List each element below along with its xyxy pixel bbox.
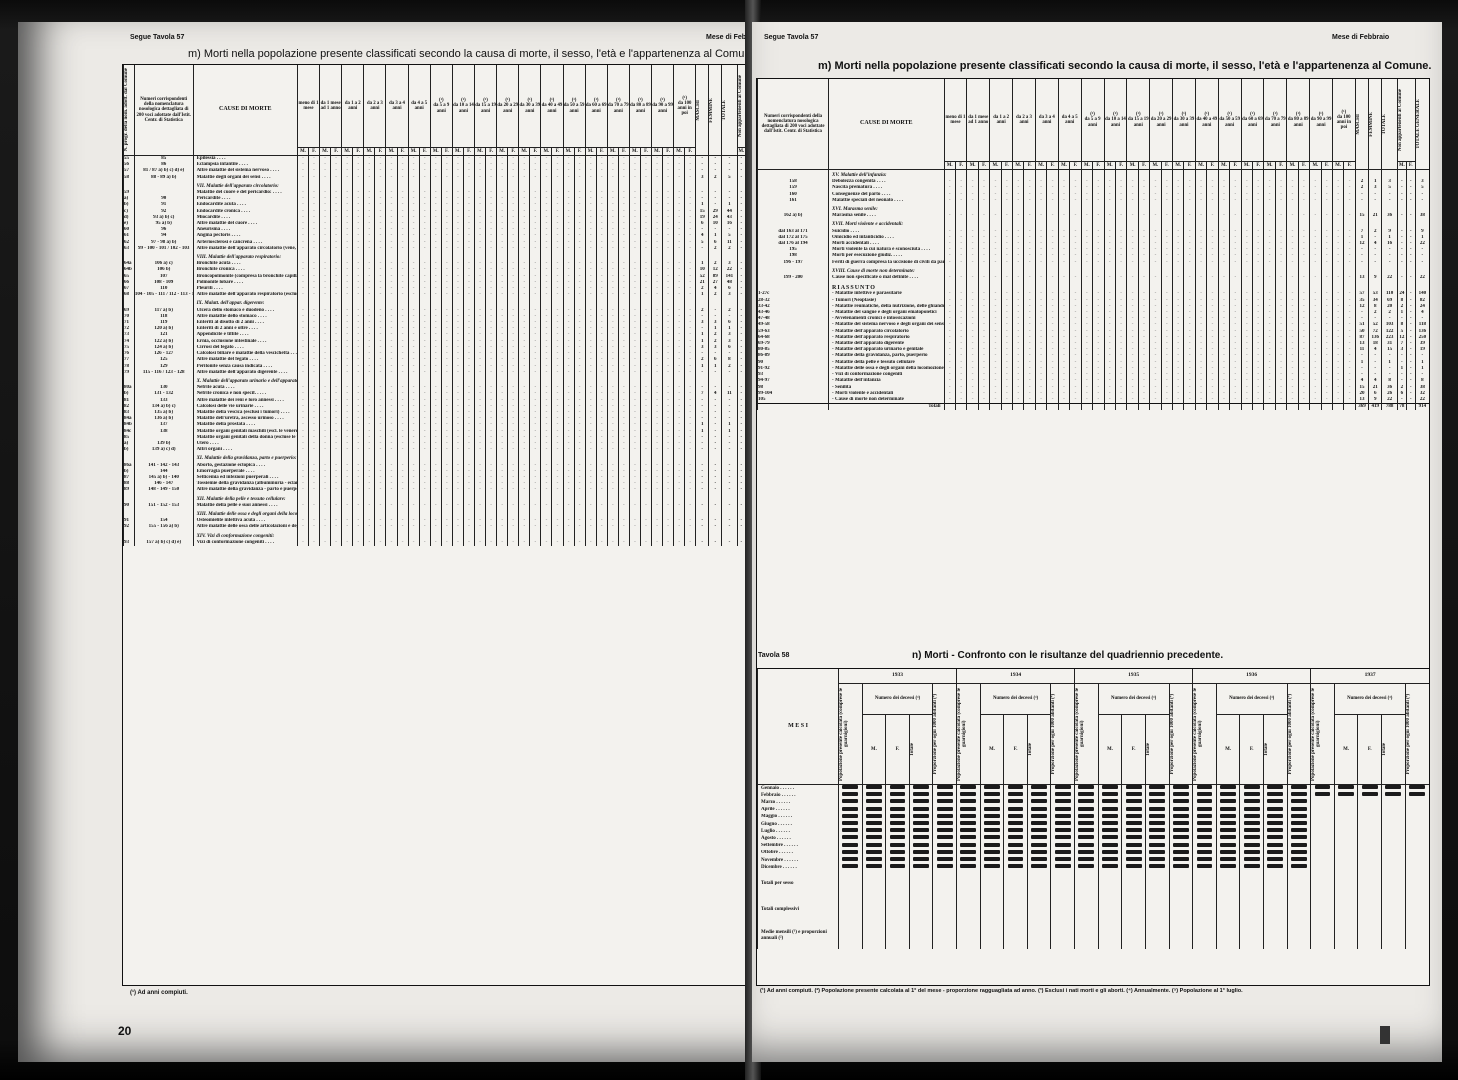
t58-footer-cell bbox=[1075, 871, 1099, 897]
empty-cell bbox=[497, 376, 508, 385]
t58-footer-cell bbox=[933, 871, 957, 897]
t58-illegible-value bbox=[1055, 850, 1071, 854]
t58-value-cell bbox=[1027, 799, 1051, 806]
empty-cell bbox=[967, 281, 978, 291]
t58-illegible-value bbox=[1149, 814, 1165, 818]
empty-cell bbox=[978, 170, 989, 180]
header-age-group: (¹)da 20 a 29 anni bbox=[497, 65, 519, 147]
t58-illegible-value bbox=[1149, 792, 1165, 796]
header-age-group: meno di 1 mese bbox=[297, 65, 319, 147]
t58-value-cell bbox=[1169, 835, 1193, 842]
empty-cell bbox=[486, 531, 497, 540]
empty-cell bbox=[674, 531, 685, 540]
empty-cell bbox=[408, 252, 419, 261]
empty-cell bbox=[1287, 219, 1298, 228]
t58-value-cell bbox=[1169, 799, 1193, 806]
t58-month-row: Giugno . . . . . . bbox=[758, 821, 1430, 828]
t58-value-cell bbox=[1051, 843, 1075, 850]
t58-footer-cell bbox=[1334, 897, 1358, 923]
t58-footer-cell bbox=[1122, 923, 1146, 949]
empty-cell bbox=[674, 376, 685, 385]
age-group-label: da 4 a 5 anni bbox=[1059, 115, 1081, 125]
header-age-group: da 1 mese ad 1 anno bbox=[967, 79, 990, 161]
t58-value-cell bbox=[1051, 828, 1075, 835]
maschi-cell: - bbox=[696, 540, 709, 546]
age-cell: - bbox=[508, 156, 519, 163]
t58-footer-cell bbox=[909, 871, 933, 897]
t58-value-cell bbox=[1216, 857, 1240, 864]
t58-illegible-value bbox=[1291, 835, 1307, 839]
empty-cell bbox=[397, 509, 408, 518]
t58-illegible-value bbox=[1031, 864, 1047, 868]
t58-illegible-value bbox=[1008, 792, 1024, 796]
t58-illegible-value bbox=[1055, 857, 1071, 861]
age-group-label: da 20 a 29 anni bbox=[1150, 117, 1172, 127]
empty-cell bbox=[419, 298, 430, 307]
empty-cell bbox=[419, 376, 430, 385]
age-cell: - bbox=[1298, 397, 1309, 404]
section-row: IX. Malatt. dell'appar. digerente: bbox=[124, 298, 756, 307]
right-mortality-table: Numeri corrispondenti della nomenclatura… bbox=[757, 79, 1429, 410]
t58-footer-cell bbox=[1382, 897, 1406, 923]
empty-cell bbox=[297, 509, 308, 518]
tavola58-table: M E S I19331934193519361937Popolazione p… bbox=[757, 669, 1429, 949]
empty-cell bbox=[1218, 281, 1229, 291]
empty-cell bbox=[944, 266, 955, 275]
empty-cell bbox=[1415, 281, 1429, 291]
header-sex-m: M. bbox=[430, 147, 441, 155]
empty-cell bbox=[297, 376, 308, 385]
header-sex-f: F. bbox=[1321, 161, 1332, 169]
t58-value-cell bbox=[1169, 843, 1193, 850]
t58-illegible-value bbox=[1338, 785, 1354, 789]
t58-illegible-value bbox=[890, 821, 906, 825]
t58-illegible-value bbox=[1173, 785, 1189, 789]
t58-illegible-value bbox=[1055, 785, 1071, 789]
t58-value-cell bbox=[1098, 835, 1122, 842]
t58-value-cell bbox=[1145, 792, 1169, 799]
age-cell: - bbox=[1241, 397, 1252, 404]
section-title: VIII. Malattie dell'apparato respiratori… bbox=[193, 252, 297, 261]
empty-cell bbox=[607, 453, 618, 462]
header-femmine-label: FEMMINE bbox=[1369, 112, 1374, 137]
empty-cell bbox=[1369, 170, 1382, 180]
section-row: XVIII. Cause di morte non determinate: bbox=[758, 266, 1430, 275]
empty-cell bbox=[541, 181, 552, 190]
t58-f: F. bbox=[886, 714, 910, 784]
empty-cell bbox=[452, 494, 463, 503]
t58-value-cell bbox=[1287, 821, 1311, 828]
empty-cell bbox=[419, 509, 430, 518]
t58-illegible-value bbox=[866, 807, 882, 811]
t58-illegible-value bbox=[1220, 864, 1236, 868]
empty-cell bbox=[563, 531, 574, 540]
header-sex-m: M. bbox=[297, 147, 308, 155]
t58-illegible-value bbox=[1362, 828, 1378, 832]
t58-value-cell bbox=[909, 821, 933, 828]
t58-illegible-value bbox=[1031, 857, 1047, 861]
empty-cell bbox=[552, 453, 563, 462]
empty-cell bbox=[944, 170, 955, 180]
t58-illegible-value bbox=[1008, 807, 1024, 811]
riassunto-row: 105- Cause di morte non determinate-----… bbox=[758, 397, 1430, 404]
age-total-cell bbox=[1344, 404, 1355, 411]
t58-value-cell bbox=[909, 785, 933, 793]
empty-cell bbox=[685, 298, 696, 307]
header-non-appartenenti: Non appartenenti al Comune bbox=[1397, 79, 1415, 161]
t58-illegible-value bbox=[1291, 785, 1307, 789]
t58-value-cell bbox=[1358, 799, 1382, 806]
header-sex-f: F. bbox=[441, 147, 452, 155]
empty-cell bbox=[1115, 204, 1126, 213]
empty-cell bbox=[342, 509, 353, 518]
empty-cell bbox=[1241, 219, 1252, 228]
empty-cell bbox=[1252, 219, 1263, 228]
empty-cell bbox=[441, 181, 452, 190]
t58-value-cell bbox=[1311, 850, 1335, 857]
t58-value-cell bbox=[1405, 843, 1429, 850]
age-total-cell bbox=[1321, 404, 1332, 411]
t58-value-cell bbox=[1405, 864, 1429, 871]
empty-cell bbox=[563, 252, 574, 261]
t58-value-cell bbox=[1334, 843, 1358, 850]
empty-cell bbox=[640, 453, 651, 462]
t58-illegible-value bbox=[1362, 835, 1378, 839]
age-cell: - bbox=[552, 540, 563, 546]
empty-cell bbox=[574, 376, 585, 385]
section-row: X. Malattie dell'apparato urinario e del… bbox=[124, 376, 756, 385]
t58-illegible-value bbox=[1031, 807, 1047, 811]
empty-cell bbox=[552, 376, 563, 385]
t58-value-cell bbox=[909, 850, 933, 857]
t58-illegible-value bbox=[1078, 857, 1094, 861]
empty-cell bbox=[1173, 266, 1184, 275]
prog-cell bbox=[124, 531, 135, 540]
empty-cell bbox=[629, 531, 640, 540]
t58-value-cell bbox=[862, 835, 886, 842]
header-sex-m: M. bbox=[1058, 161, 1069, 169]
age-group-label: da 15 a 19 anni bbox=[1127, 117, 1149, 127]
t58-value-cell bbox=[1240, 828, 1264, 835]
t58-value-cell bbox=[1263, 864, 1287, 871]
t58-illegible-value bbox=[1338, 850, 1354, 854]
age-cell: - bbox=[386, 540, 397, 546]
age-cell: - bbox=[297, 540, 308, 546]
t58-value-cell bbox=[1382, 785, 1406, 793]
header-age-group: (¹)da 15 a 19 anni bbox=[475, 65, 497, 147]
empty-cell bbox=[607, 509, 618, 518]
empty-cell bbox=[541, 376, 552, 385]
t58-value-cell bbox=[839, 821, 863, 828]
t58-illegible-value bbox=[1126, 814, 1142, 818]
nom-cell bbox=[758, 266, 829, 275]
t58-illegible-value bbox=[1220, 843, 1236, 847]
t58-illegible-value bbox=[1197, 835, 1213, 839]
t58-illegible-value bbox=[984, 843, 1000, 847]
t58-illegible-value bbox=[1338, 857, 1354, 861]
empty-cell bbox=[722, 509, 737, 518]
header-sex-f: F. bbox=[1298, 161, 1309, 169]
prog-cell: 93 bbox=[124, 540, 135, 546]
header-sex-m: M. bbox=[652, 147, 663, 155]
t58-illegible-value bbox=[1173, 850, 1189, 854]
t58-illegible-value bbox=[1102, 799, 1118, 803]
empty-cell bbox=[397, 494, 408, 503]
age-cell: - bbox=[596, 540, 607, 546]
t58-footer-cell bbox=[1382, 923, 1406, 949]
nom-cell bbox=[134, 376, 193, 385]
t58-illegible-value bbox=[1126, 857, 1142, 861]
right-page-number-mark bbox=[1380, 1026, 1390, 1044]
t58-illegible-value bbox=[913, 785, 929, 789]
empty-cell bbox=[364, 494, 375, 503]
empty-cell bbox=[563, 494, 574, 503]
age-cell: - bbox=[1001, 397, 1012, 404]
t58-footer-cell bbox=[957, 923, 981, 949]
t58-value-cell bbox=[1358, 835, 1382, 842]
t58-footer-cell bbox=[1287, 871, 1311, 897]
age-total-cell bbox=[1047, 404, 1058, 411]
empty-cell bbox=[709, 494, 722, 503]
t58-value-cell bbox=[1334, 835, 1358, 842]
empty-cell bbox=[663, 494, 674, 503]
empty-cell bbox=[1287, 266, 1298, 275]
t58-value-cell bbox=[1216, 799, 1240, 806]
empty-cell bbox=[1047, 219, 1058, 228]
empty-cell bbox=[397, 453, 408, 462]
t58-prop-header: Proporzione per ogni 1000 abitanti (⁴) bbox=[1051, 684, 1075, 785]
header-totale-generale-label: TOTALE GENERALE bbox=[1416, 99, 1421, 149]
t58-numero-header: Numero dei decessi (³) bbox=[1216, 684, 1287, 715]
age-cell: - bbox=[607, 540, 618, 546]
empty-cell bbox=[722, 181, 737, 190]
empty-cell bbox=[978, 219, 989, 228]
empty-cell bbox=[1332, 170, 1343, 180]
empty-cell bbox=[430, 181, 441, 190]
t58-illegible-value bbox=[1008, 828, 1024, 832]
empty-cell bbox=[1406, 266, 1415, 275]
empty-cell bbox=[685, 453, 696, 462]
t58-footer-cell bbox=[1145, 923, 1169, 949]
t58-illegible-value bbox=[1409, 814, 1425, 818]
empty-cell bbox=[331, 298, 342, 307]
t58-footer-cell bbox=[886, 923, 910, 949]
empty-cell bbox=[342, 181, 353, 190]
age-total-cell bbox=[955, 404, 966, 411]
empty-cell bbox=[386, 252, 397, 261]
t58-value-cell bbox=[1216, 828, 1240, 835]
empty-cell bbox=[1058, 219, 1069, 228]
age-group-label: da 1 mese ad 1 anno bbox=[967, 115, 989, 125]
t58-value-cell bbox=[1075, 807, 1099, 814]
empty-cell bbox=[1275, 281, 1286, 291]
empty-cell bbox=[1001, 219, 1012, 228]
empty-cell bbox=[563, 509, 574, 518]
t58-value-cell bbox=[1382, 828, 1406, 835]
empty-cell bbox=[408, 509, 419, 518]
empty-cell bbox=[1070, 266, 1081, 275]
nom-cell bbox=[134, 181, 193, 190]
t58-value-cell bbox=[1098, 814, 1122, 821]
t58-value-cell bbox=[839, 814, 863, 821]
empty-cell bbox=[419, 181, 430, 190]
t58-illegible-value bbox=[1149, 828, 1165, 832]
t58-value-cell bbox=[886, 857, 910, 864]
header-sex-f: F. bbox=[463, 147, 474, 155]
empty-cell bbox=[1024, 281, 1035, 291]
t58-month-row: Agosto . . . . . . bbox=[758, 835, 1430, 842]
t58-illegible-value bbox=[1220, 799, 1236, 803]
empty-cell bbox=[1127, 219, 1138, 228]
empty-cell bbox=[596, 453, 607, 462]
age-cell: - bbox=[1093, 397, 1104, 404]
t58-illegible-value bbox=[1385, 814, 1401, 818]
t58-value-cell bbox=[1311, 792, 1335, 799]
t58-value-cell bbox=[1004, 807, 1028, 814]
age-group-label: da 30 a 39 anni bbox=[1173, 117, 1195, 127]
t58-value-cell bbox=[1358, 857, 1382, 864]
header-sex-f: F. bbox=[596, 147, 607, 155]
empty-cell bbox=[1332, 281, 1343, 291]
empty-cell bbox=[1298, 219, 1309, 228]
empty-cell bbox=[331, 252, 342, 261]
empty-cell bbox=[320, 494, 331, 503]
age-total-cell bbox=[1287, 404, 1298, 411]
t58-value-cell bbox=[1075, 857, 1099, 864]
empty-cell bbox=[652, 181, 663, 190]
age-total-cell bbox=[1127, 404, 1138, 411]
header-age-group: (¹)da 20 a 29 anni bbox=[1150, 79, 1173, 161]
empty-cell bbox=[530, 453, 541, 462]
t58-pop-label: Popolazione presente calcolata (comprese… bbox=[1311, 684, 1321, 784]
t58-illegible-value bbox=[937, 792, 953, 796]
age-cell: - bbox=[331, 156, 342, 163]
empty-cell bbox=[463, 509, 474, 518]
header-age-group: da 1 a 2 anni bbox=[342, 65, 364, 147]
empty-cell bbox=[386, 509, 397, 518]
nom-cell bbox=[758, 204, 829, 213]
age-group-label: da 60 a 69 anni bbox=[586, 103, 607, 113]
age-cell: - bbox=[375, 156, 386, 163]
t58-illegible-value bbox=[1315, 785, 1331, 789]
t58-value-cell bbox=[1145, 864, 1169, 871]
age-cell: - bbox=[629, 540, 640, 546]
t58-value-cell bbox=[1098, 799, 1122, 806]
empty-cell bbox=[652, 509, 663, 518]
age-group-label: da 3 a 4 anni bbox=[1036, 115, 1058, 125]
t58-value-cell bbox=[1311, 857, 1335, 864]
t58-year-row: M E S I19331934193519361937 bbox=[758, 669, 1430, 684]
age-cell: - bbox=[663, 156, 674, 163]
riassunto-totals-row: Totali36941978878914 bbox=[758, 404, 1430, 411]
t58-illegible-value bbox=[1244, 857, 1260, 861]
header-nomenclature: Numeri corrispondenti della nomenclatura… bbox=[134, 65, 193, 156]
t58-value-cell bbox=[1405, 792, 1429, 799]
empty-cell bbox=[585, 494, 596, 503]
t58-footer-cell bbox=[1027, 897, 1051, 923]
section-row: XII. Malattie della pelle e tessuto cell… bbox=[124, 494, 756, 503]
t58-illegible-value bbox=[890, 828, 906, 832]
empty-cell bbox=[1218, 204, 1229, 213]
t58-illegible-value bbox=[1149, 835, 1165, 839]
empty-cell bbox=[375, 494, 386, 503]
t58-value-cell bbox=[1216, 785, 1240, 793]
empty-cell bbox=[1013, 204, 1024, 213]
empty-cell bbox=[475, 453, 486, 462]
age-cell: - bbox=[585, 540, 596, 546]
nom-cell bbox=[134, 252, 193, 261]
t58-value-cell bbox=[1027, 835, 1051, 842]
t58-illegible-value bbox=[960, 864, 976, 868]
age-cell: - bbox=[342, 156, 353, 163]
t58-illegible-value bbox=[1362, 843, 1378, 847]
t58-illegible-value bbox=[1244, 821, 1260, 825]
empty-cell bbox=[607, 298, 618, 307]
empty-cell bbox=[1310, 204, 1321, 213]
t58-footer-cell bbox=[1122, 897, 1146, 923]
t58-illegible-value bbox=[937, 814, 953, 818]
empty-cell bbox=[596, 531, 607, 540]
empty-cell bbox=[1161, 204, 1172, 213]
section-row: XI. Malattie della gravidanza, parto e p… bbox=[124, 453, 756, 462]
age-total-cell bbox=[1104, 404, 1115, 411]
empty-cell bbox=[441, 509, 452, 518]
header-sex-m: M. bbox=[1127, 161, 1138, 169]
t58-value-cell bbox=[862, 857, 886, 864]
age-group-label: da 40 a 49 anni bbox=[541, 103, 562, 113]
header-sex-f: F. bbox=[486, 147, 497, 155]
empty-cell bbox=[1298, 170, 1309, 180]
t58-value-cell bbox=[1405, 807, 1429, 814]
empty-cell bbox=[607, 252, 618, 261]
t58-illegible-value bbox=[1291, 799, 1307, 803]
age-total-cell bbox=[1195, 404, 1206, 411]
t58-illegible-value bbox=[1338, 799, 1354, 803]
header-age-group: da 2 a 3 anni bbox=[364, 65, 386, 147]
t58-value-cell bbox=[1334, 792, 1358, 799]
t58-illegible-value bbox=[1126, 799, 1142, 803]
empty-cell bbox=[1369, 266, 1382, 275]
header-maschi-label: MASCHI bbox=[696, 100, 701, 121]
t58-value-cell bbox=[1263, 814, 1287, 821]
t58-illegible-value bbox=[984, 850, 1000, 854]
age-group-label: da 70 a 79 anni bbox=[1264, 117, 1286, 127]
header-sex-f: F. bbox=[1070, 161, 1081, 169]
t58-footer-label: Totali per sesso bbox=[758, 871, 839, 897]
empty-cell bbox=[640, 531, 651, 540]
t58-footer-cell bbox=[1240, 897, 1264, 923]
t58-tot: Totale bbox=[909, 714, 933, 784]
t58-value-cell bbox=[886, 843, 910, 850]
empty-cell bbox=[386, 453, 397, 462]
header-sex-m: M. bbox=[342, 147, 353, 155]
t58-illegible-value bbox=[1102, 864, 1118, 868]
t58-tot: Totale bbox=[1145, 714, 1169, 784]
empty-cell bbox=[552, 298, 563, 307]
t58-value-cell bbox=[980, 792, 1004, 799]
t58-year-header: 1935 bbox=[1075, 669, 1193, 684]
t58-illegible-value bbox=[1220, 807, 1236, 811]
t58-value-cell bbox=[1358, 807, 1382, 814]
t58-illegible-value bbox=[1031, 835, 1047, 839]
t58-footer-cell bbox=[1240, 923, 1264, 949]
total-m: 369 bbox=[1355, 404, 1368, 411]
t58-month-label: Marzo . . . . . . bbox=[758, 799, 839, 806]
section-title: IX. Malatt. dell'appar. digerente: bbox=[193, 298, 297, 307]
t58-value-cell bbox=[1169, 828, 1193, 835]
t58-illegible-value bbox=[1149, 864, 1165, 868]
empty-cell bbox=[1310, 281, 1321, 291]
